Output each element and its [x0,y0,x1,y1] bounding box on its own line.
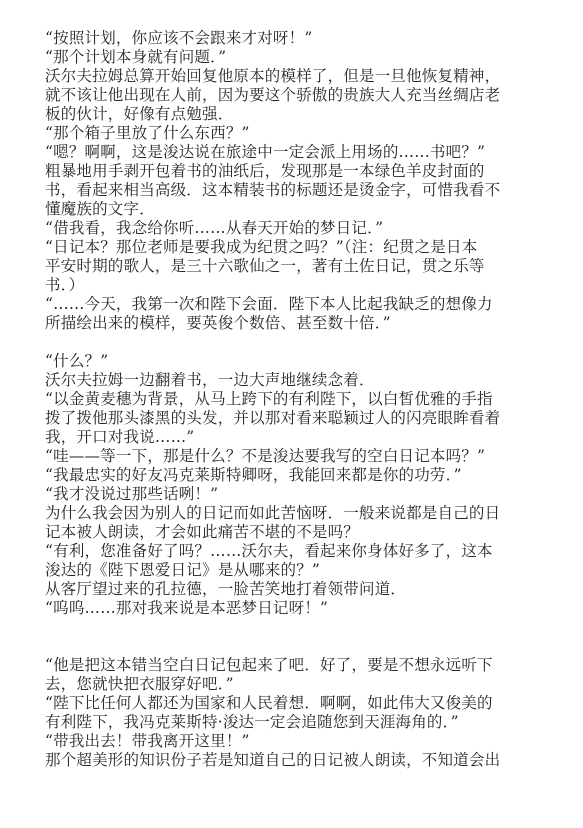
text-line: “那个计划本身就有问题．” [45,48,545,67]
novel-text-body: “按照计划，你应该不会跟来才对呀！”“那个计划本身就有问题．”沃尔夫拉姆总算开始… [45,29,545,770]
text-line [45,637,545,656]
text-line: “那个箱子里放了什么东西？” [45,124,545,143]
text-line: 沃尔夫拉姆总算开始回复他原本的模样了，但是一旦他恢复精神， [45,67,545,86]
text-line: 记本被人朗读，才会如此痛苦不堪的不是吗？ [45,523,545,542]
text-line: 为什么我会因为别人的日记而如此苦恼呀．一般来说都是自己的日 [45,504,545,523]
text-line: “有利，您准备好了吗？……沃尔夫，看起来你身体好多了，这本 [45,542,545,561]
text-line: 拨了拨他那头漆黑的头发，并以那对看来聪颖过人的闪亮眼眸看着 [45,409,545,428]
text-line: 浚达的《陛下恩爱日记》是从哪来的？” [45,561,545,580]
text-line: “呜呜……那对我来说是本恶梦日记呀！” [45,599,545,618]
text-line: “陛下比任何人都还为国家和人民着想．啊啊，如此伟大又俊美的 [45,694,545,713]
text-line: “哇——等一下，那是什么？不是浚达要我写的空白日记本吗？” [45,447,545,466]
text-line: 懂魔族的文字． [45,200,545,219]
text-line: “以金黄麦穗为背景，从马上跨下的有利陛下，以白皙优雅的手指 [45,390,545,409]
text-line: “带我出去！带我离开这里！” [45,732,545,751]
text-line: 就不该让他出现在人前，因为要这个骄傲的贵族大人充当丝绸店老 [45,86,545,105]
text-line: 粗暴地用手剥开包着书的油纸后，发现那是一本绿色羊皮封面的 [45,162,545,181]
text-line: 去，您就快把衣服穿好吧．” [45,675,545,694]
text-line: 平安时期的歌人，是三十六歌仙之一，著有土佐日记，贯之乐等 [45,257,545,276]
text-line: 所描绘出来的模样，要英俊个数倍、甚至数十倍．” [45,314,545,333]
text-line: “我才没说过那些话咧！” [45,485,545,504]
text-line: 书．） [45,276,545,295]
text-line: 我，开口对我说……” [45,428,545,447]
text-line: 书，看起来相当高级．这本精装书的标题还是烫金字，可惜我看不 [45,181,545,200]
text-line: “……今天，我第一次和陛下会面．陛下本人比起我缺乏的想像力 [45,295,545,314]
text-line: “他是把这本错当空白日记包起来了吧．好了，要是不想永远听下 [45,656,545,675]
text-line: 板的伙计，好像有点勉强． [45,105,545,124]
text-line: “我最忠实的好友冯克莱斯特卿呀，我能回来都是你的功劳．” [45,466,545,485]
text-line: “嗯？啊啊，这是浚达说在旅途中一定会派上用场的……书吧？” [45,143,545,162]
document-page: “按照计划，你应该不会跟来才对呀！”“那个计划本身就有问题．”沃尔夫拉姆总算开始… [0,0,583,828]
text-line [45,618,545,637]
text-line: “日记本？那位老师是要我成为纪贯之吗？”（注：纪贯之是日本 [45,238,545,257]
text-line: 有利陛下，我冯克莱斯特·浚达一定会追随您到天涯海角的．” [45,713,545,732]
text-line: 那个超美形的知识份子若是知道自己的日记被人朗读，不知道会出 [45,751,545,770]
text-line [45,333,545,352]
text-line: 从客厅望过来的孔拉德，一脸苦笑地打着领带问道． [45,580,545,599]
text-line: “什么？” [45,352,545,371]
text-line: “按照计划，你应该不会跟来才对呀！” [45,29,545,48]
text-line: 沃尔夫拉姆一边翻着书，一边大声地继续念着． [45,371,545,390]
text-line: “借我看，我念给你听……从春天开始的梦日记．” [45,219,545,238]
